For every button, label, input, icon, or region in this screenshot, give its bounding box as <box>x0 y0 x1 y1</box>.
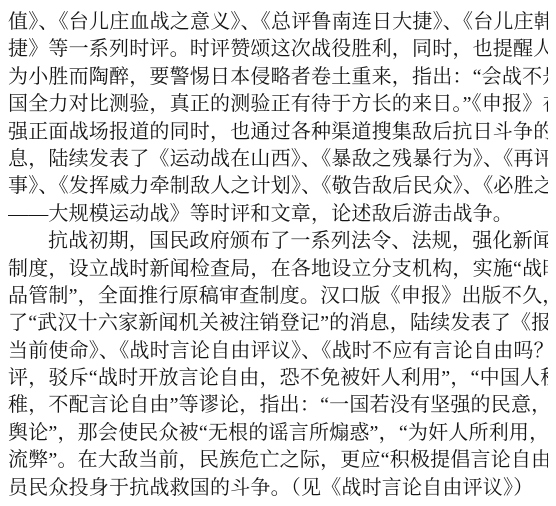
text-line: 了“武汉十六家新闻机关被注销登记”的消息，陆续发表了《报人之 <box>8 310 548 337</box>
text-line: 流弊”。在大敌当前，民族危亡之际，更应“积极提倡言论自由”以动 <box>8 447 548 474</box>
text-line: 国全力对比测验，真正的测验正有待于方长的来日。”《申报》在加 <box>8 91 548 118</box>
page: 值》、《台儿庄血战之意义》、《总评鲁南连日大捷》、《台儿庄韩庄之 捷》等一系列时… <box>0 0 556 506</box>
paragraph-continuation: 值》、《台儿庄血战之意义》、《总评鲁南连日大捷》、《台儿庄韩庄之 捷》等一系列时… <box>8 9 548 228</box>
text-line: 舆论”，那会使民众被“无根的谣言所煽惑”，“为奸人所利用，发生 <box>8 420 548 447</box>
text-line: 强正面战场报道的同时，也通过各种渠道搜集敌后抗日斗争的信 <box>8 119 548 146</box>
text-line: ——大规模运动战》等时评和文章，论述敌后游击战争。 <box>8 201 548 228</box>
paragraph-news-censorship: 抗战初期，国民政府颁布了一系列法令、法规，强化新闻检查 制度，设立战时新闻检查局… <box>8 228 548 502</box>
text-line: 抗战初期，国民政府颁布了一系列法令、法规，强化新闻检查 <box>8 228 548 255</box>
text-line: 事》、《发挥威力牵制敌人之计划》、《敬告敌后民众》、《必胜之关键 <box>8 173 548 200</box>
text-line: 捷》等一系列时评。时评赞颂这次战役胜利，同时，也提醒人们不可 <box>8 36 548 63</box>
text-line: 息，陆续发表了《运动战在山西》、《暴敌之残暴行为》、《再评山西战 <box>8 146 548 173</box>
text-line: 为小胜而陶醉，要警惕日本侵略者卷土重来，指出：“会战不是为中 <box>8 64 548 91</box>
text-line: 当前使命》、《战时言论自由评议》、《战时不应有言论自由吗？》等时 <box>8 338 548 365</box>
text-line: 评，驳斥“战时开放言论自由，恐不免被奸人利用”，“中国人程度幼 <box>8 365 548 392</box>
text-line: 制度，设立战时新闻检查局，在各地设立分支机构，实施“战时出版 <box>8 256 548 283</box>
text-line: 品管制”，全面推行原稿审查制度。汉口版《申报》出版不久，就报道 <box>8 283 548 310</box>
text-line: 稚，不配言论自由”等谬论，指出：“一国若没有坚强的民意，真正的 <box>8 392 548 419</box>
text-line: 值》、《台儿庄血战之意义》、《总评鲁南连日大捷》、《台儿庄韩庄之 <box>8 9 548 36</box>
text-line: 员民众投身于抗战救国的斗争。（见《战时言论自由评议》） <box>8 475 548 502</box>
